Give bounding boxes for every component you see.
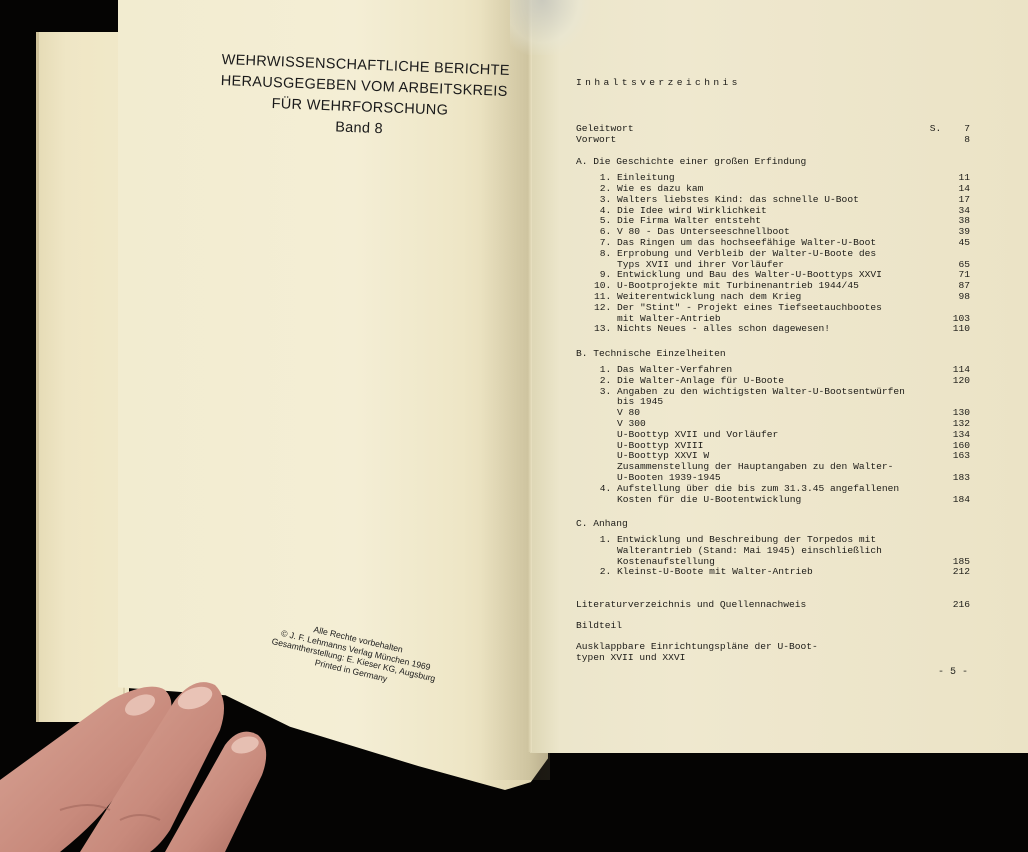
toc-entry-title: 4. Aufstellung über die bis zum 31.3.45 … <box>594 484 899 495</box>
toc-front-entry: GeleitwortS. 7 <box>576 124 970 135</box>
toc-page-number <box>940 621 970 632</box>
toc-entry-title: 2. Die Walter-Anlage für U-Boote <box>594 376 784 387</box>
toc-page-number <box>940 535 970 546</box>
toc-back-entry: typen XVII und XXVI <box>576 653 970 664</box>
toc-page-number: 216 <box>940 600 970 611</box>
toc-entry-title: 8. Erprobung und Verbleib der Walter-U-B… <box>594 249 876 260</box>
toc-item: 13. Nichts Neues - alles schon dagewesen… <box>576 324 970 335</box>
toc-entry-title: U-Boottyp XVII und Vorläufer <box>594 430 778 441</box>
toc-back-entry: Bildteil <box>576 621 970 632</box>
toc-page-number <box>940 519 970 530</box>
toc-page-number: 183 <box>940 473 970 484</box>
toc-page-number: 212 <box>940 567 970 578</box>
toc-page-number <box>940 387 970 398</box>
toc-entry-title: 2. Kleinst-U-Boote mit Walter-Antrieb <box>594 567 813 578</box>
book-spine <box>528 0 532 752</box>
toc-page-number: 163 <box>940 451 970 462</box>
toc-entry-title: 3. Walters liebstes Kind: das schnelle U… <box>594 195 859 206</box>
toc-page-number <box>940 303 970 314</box>
page-glare <box>510 0 590 55</box>
toc-page-number: 110 <box>940 324 970 335</box>
toc-page-number: 8 <box>940 135 970 146</box>
toc-entry-title: B. Technische Einzelheiten <box>576 349 726 360</box>
toc-item: 12. Der "Stint" - Projekt eines Tiefseet… <box>576 303 970 314</box>
toc-heading: Inhaltsverzeichnis <box>576 78 970 89</box>
toc-entry-title: Bildteil <box>576 621 622 632</box>
toc-entry-title: Kosten für die U-Bootentwicklung <box>594 495 801 506</box>
toc-item: 2. Die Walter-Anlage für U-Boote120 <box>576 376 970 387</box>
book-cover-edge <box>36 32 129 722</box>
toc-back-entry: Literaturverzeichnis und Quellennachweis… <box>576 600 970 611</box>
toc-item: 8. Erprobung und Verbleib der Walter-U-B… <box>576 249 970 260</box>
toc-entry-title: 13. Nichts Neues - alles schon dagewesen… <box>594 324 830 335</box>
toc-page-number <box>940 653 970 664</box>
toc-page-number: S. 7 <box>930 124 970 135</box>
series-title: WEHRWISSENSCHAFTLICHE BERICHTE HERAUSGEG… <box>219 50 502 145</box>
toc-subitem: U-Boottyp XVII und Vorläufer134 <box>576 430 970 441</box>
toc-entry-title: 12. Der "Stint" - Projekt eines Tiefseet… <box>594 303 882 314</box>
toc-page-number: 120 <box>940 376 970 387</box>
toc-entry-title: Literaturverzeichnis und Quellennachweis <box>576 600 806 611</box>
toc-page-number <box>940 642 970 653</box>
toc-item: Kosten für die U-Bootentwicklung184 <box>576 495 970 506</box>
toc-front-entry: Vorwort8 <box>576 135 970 146</box>
toc-page-number <box>940 157 970 168</box>
page-number: - 5 - <box>938 667 968 678</box>
toc-page-number <box>940 484 970 495</box>
toc-entry-title: Geleitwort <box>576 124 634 135</box>
toc-section-heading: C. Anhang <box>576 519 970 530</box>
hand-holding-page <box>0 660 300 852</box>
toc-page-number: 184 <box>940 495 970 506</box>
toc-entry-title: Vorwort <box>576 135 616 146</box>
toc-page-number: 98 <box>940 292 970 303</box>
toc-page-number <box>940 249 970 260</box>
toc-item: 3. Walters liebstes Kind: das schnelle U… <box>576 195 970 206</box>
toc-item: 4. Aufstellung über die bis zum 31.3.45 … <box>576 484 970 495</box>
toc-page-number: 134 <box>940 430 970 441</box>
toc-page-number: 17 <box>940 195 970 206</box>
toc-page-number <box>940 349 970 360</box>
toc-item: 2. Kleinst-U-Boote mit Walter-Antrieb212 <box>576 567 970 578</box>
toc-page-number: 45 <box>940 238 970 249</box>
toc-entry-title: A. Die Geschichte einer großen Erfindung <box>576 157 806 168</box>
toc-section-heading: A. Die Geschichte einer großen Erfindung <box>576 157 970 168</box>
toc-entry-title: C. Anhang <box>576 519 628 530</box>
toc-entry-title: typen XVII und XXVI <box>576 653 685 664</box>
toc-body: GeleitwortS. 7Vorwort8A. Die Geschichte … <box>576 124 970 664</box>
table-of-contents: Inhaltsverzeichnis GeleitwortS. 7Vorwort… <box>576 78 970 663</box>
toc-section-heading: B. Technische Einzelheiten <box>576 349 970 360</box>
